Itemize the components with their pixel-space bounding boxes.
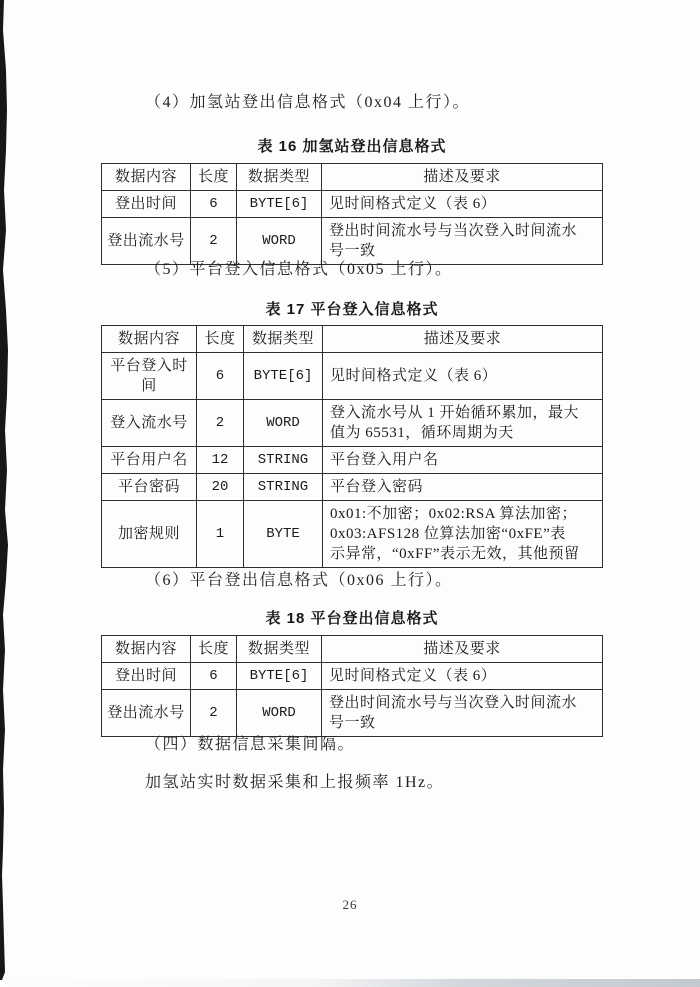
- cell-data-content: 平台密码: [102, 474, 197, 501]
- scanned-document-page: （4）加氢站登出信息格式（0x04 上行）。 表 16 加氢站登出信息格式 数据…: [0, 0, 700, 987]
- table-row: 登入流水号 2 WORD 登入流水号从 1 开始循环累加，最大值为 65531，…: [102, 400, 603, 447]
- table-row: 平台密码 20 STRING 平台登入密码: [102, 474, 603, 501]
- cell-description: 登出时间流水号与当次登入时间流水号一致: [322, 218, 603, 265]
- header-description: 描述及要求: [322, 636, 603, 663]
- cell-data-content: 平台登入时间: [102, 353, 197, 400]
- header-length: 长度: [191, 164, 237, 191]
- header-data-content: 数据内容: [102, 164, 191, 191]
- cell-description: 平台登入密码: [323, 474, 603, 501]
- table-17-header-row: 数据内容 长度 数据类型 描述及要求: [102, 326, 603, 353]
- table-row: 登出时间 6 BYTE[6] 见时间格式定义（表 6）: [102, 191, 603, 218]
- cell-data-type: STRING: [244, 474, 323, 501]
- cell-length: 20: [197, 474, 244, 501]
- page-number: 26: [0, 897, 700, 913]
- header-data-type: 数据类型: [244, 326, 323, 353]
- header-description: 描述及要求: [323, 326, 603, 353]
- paragraph-platform-logout-format: （6）平台登出信息格式（0x06 上行）。: [101, 570, 685, 592]
- header-data-content: 数据内容: [102, 636, 191, 663]
- cell-data-content: 加密规则: [102, 501, 197, 568]
- cell-description: 登入流水号从 1 开始循环累加，最大值为 65531，循环周期为天: [323, 400, 603, 447]
- table-18: 数据内容 长度 数据类型 描述及要求 登出时间 6 BYTE[6] 见时间格式定…: [101, 635, 603, 737]
- table-row: 平台用户名 12 STRING 平台登入用户名: [102, 447, 603, 474]
- cell-length: 2: [197, 400, 244, 447]
- cell-length: 6: [191, 663, 237, 690]
- cell-data-content: 平台用户名: [102, 447, 197, 474]
- cell-data-type: BYTE[6]: [244, 353, 323, 400]
- table-16: 数据内容 长度 数据类型 描述及要求 登出时间 6 BYTE[6] 见时间格式定…: [101, 163, 603, 265]
- cell-data-type: STRING: [244, 447, 323, 474]
- cell-length: 2: [191, 218, 237, 265]
- cell-data-content: 登出流水号: [102, 690, 191, 737]
- header-description: 描述及要求: [322, 164, 603, 191]
- table-18-caption: 表 18 平台登出信息格式: [101, 607, 603, 628]
- table-17: 数据内容 长度 数据类型 描述及要求 平台登入时间 6 BYTE[6] 见时间格…: [101, 325, 603, 568]
- cell-description: 平台登入用户名: [323, 447, 603, 474]
- cell-length: 6: [191, 191, 237, 218]
- header-data-content: 数据内容: [102, 326, 197, 353]
- table-18-header-row: 数据内容 长度 数据类型 描述及要求: [102, 636, 603, 663]
- header-length: 长度: [197, 326, 244, 353]
- table-16-caption: 表 16 加氢站登出信息格式: [101, 135, 603, 156]
- paragraph-section-4-collection-interval: （四）数据信息采集间隔。: [101, 734, 685, 756]
- cell-length: 2: [191, 690, 237, 737]
- cell-data-type: WORD: [237, 218, 322, 265]
- table-row: 登出流水号 2 WORD 登出时间流水号与当次登入时间流水号一致: [102, 690, 603, 737]
- cell-data-type: WORD: [244, 400, 323, 447]
- cell-data-type: BYTE[6]: [237, 191, 322, 218]
- cell-description: 登出时间流水号与当次登入时间流水号一致: [322, 690, 603, 737]
- cell-data-content: 登出时间: [102, 191, 191, 218]
- table-row: 加密规则 1 BYTE 0x01:不加密；0x02:RSA 算法加密；0x03:…: [102, 501, 603, 568]
- paragraph-platform-login-format: （5）平台登入信息格式（0x05 上行）。: [101, 259, 685, 281]
- table-row: 平台登入时间 6 BYTE[6] 见时间格式定义（表 6）: [102, 353, 603, 400]
- cell-length: 6: [197, 353, 244, 400]
- cell-data-content: 登出流水号: [102, 218, 191, 265]
- cell-data-type: BYTE[6]: [237, 663, 322, 690]
- cell-data-type: BYTE: [244, 501, 323, 568]
- cell-length: 12: [197, 447, 244, 474]
- cell-description: 见时间格式定义（表 6）: [322, 191, 603, 218]
- cell-description: 见时间格式定义（表 6）: [323, 353, 603, 400]
- cell-data-content: 登入流水号: [102, 400, 197, 447]
- header-data-type: 数据类型: [237, 636, 322, 663]
- paragraph-report-frequency: 加氢站实时数据采集和上报频率 1Hz。: [101, 772, 685, 794]
- table-row: 登出流水号 2 WORD 登出时间流水号与当次登入时间流水号一致: [102, 218, 603, 265]
- header-length: 长度: [191, 636, 237, 663]
- cell-data-content: 登出时间: [102, 663, 191, 690]
- cell-description: 0x01:不加密；0x02:RSA 算法加密；0x03:AFS128 位算法加密…: [323, 501, 603, 568]
- table-16-header-row: 数据内容 长度 数据类型 描述及要求: [102, 164, 603, 191]
- cell-description: 见时间格式定义（表 6）: [322, 663, 603, 690]
- cell-length: 1: [197, 501, 244, 568]
- scan-artifact-left-edge: [0, 0, 10, 980]
- cell-data-type: WORD: [237, 690, 322, 737]
- table-row: 登出时间 6 BYTE[6] 见时间格式定义（表 6）: [102, 663, 603, 690]
- scan-artifact-bottom-edge: [0, 979, 700, 987]
- header-data-type: 数据类型: [237, 164, 322, 191]
- paragraph-logout-station-format: （4）加氢站登出信息格式（0x04 上行）。: [101, 92, 685, 114]
- table-17-caption: 表 17 平台登入信息格式: [101, 298, 603, 319]
